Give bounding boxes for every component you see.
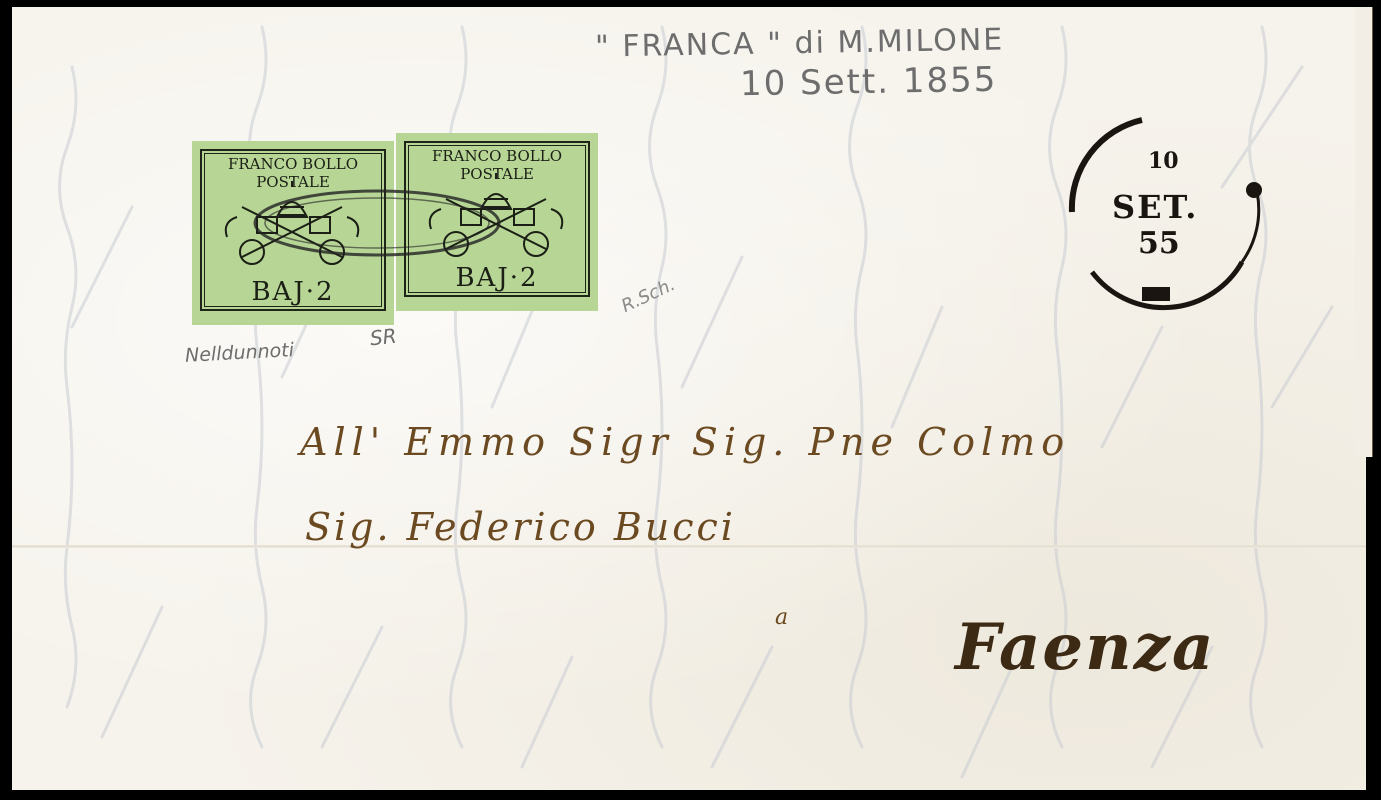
address-preposition: a <box>775 605 788 630</box>
postmark-day: 10 <box>1148 148 1179 174</box>
postmark-year: 55 <box>1138 226 1180 261</box>
pencil-provenance-note: " FRANCA " di M.MILONE <box>595 22 1005 64</box>
address-recipient: Sig. Federico Bucci <box>305 505 736 549</box>
stamp-pair: FRANCO BOLLO POSTALE BAJ·2 FRANCO BOLLO … <box>192 133 598 325</box>
postmark-month: SET. <box>1112 188 1198 226</box>
address-salutation: All' Emmo Sigr Sig. Pne Colmo <box>300 420 1070 464</box>
stamp-value: BAJ·2 <box>396 263 598 293</box>
address-city: Faenza <box>955 610 1215 685</box>
stamp-value: BAJ·2 <box>192 277 394 307</box>
pencil-date-note: 10 Sett. 1855 <box>740 60 998 104</box>
pencil-small-mark: SR <box>369 324 398 351</box>
oval-cancel-icon <box>247 183 507 263</box>
